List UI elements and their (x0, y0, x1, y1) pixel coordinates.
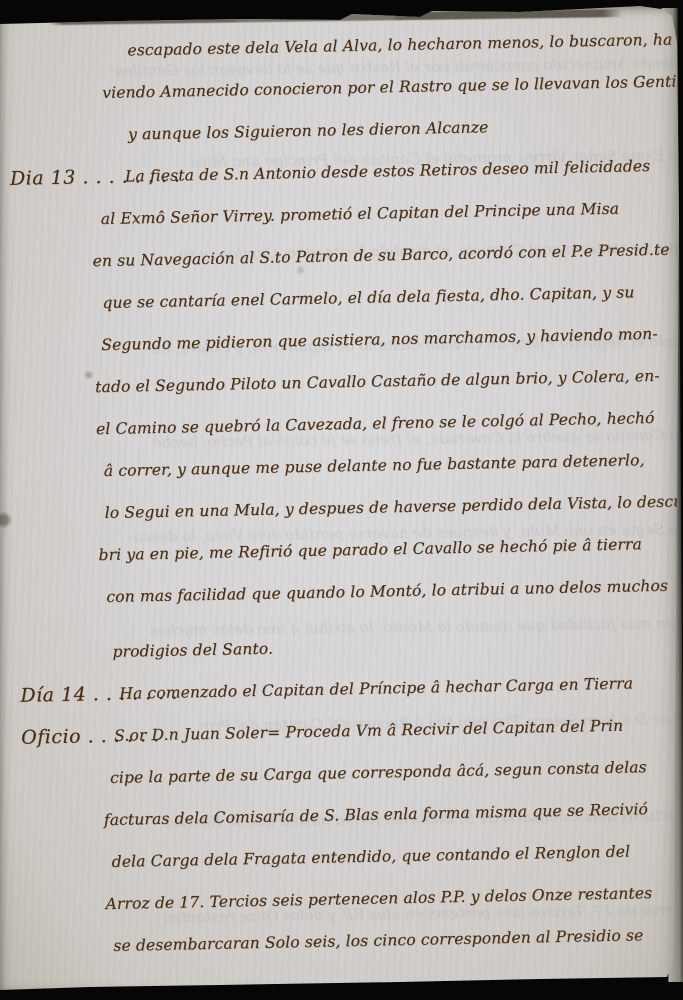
line-text: prodigios del Santo. (112, 640, 273, 661)
margin-note-dia-13: Dia 13 . . . . . . . . (10, 154, 181, 199)
line-text: bri ya en pie, me Refirió que parado el … (98, 535, 642, 564)
line-text: tado el Segundo Piloto un Cavallo Castañ… (95, 367, 660, 396)
manuscript-page: viendo Amanecido conocieron por el Rastr… (0, 0, 683, 1000)
margin-note-dia-14: Día 14 . . . . . . . (20, 672, 178, 717)
line-text: se desembarcaran Solo seis, los cinco co… (113, 926, 643, 955)
line-text: Segundo me pidieron que asistiera, nos m… (101, 325, 658, 354)
manuscript-text-block: escapado este dela Vela al Alva, lo hech… (0, 18, 683, 968)
line-text: en su Navegación al S.to Patron de su Ba… (92, 241, 669, 271)
line-text: cipe la parte de su Carga que correspond… (110, 758, 647, 787)
line-text: que se cantaría enel Carmelo, el día del… (102, 283, 634, 312)
line-text: S.or D.n Juan Soler= Proceda Vm â Recivi… (114, 717, 623, 745)
line-text: facturas dela Comisaría de S. Blas enla … (104, 800, 648, 829)
line-text: La fiesta de S.n Antonio desde estos Ret… (125, 157, 651, 186)
photograph-background: viendo Amanecido conocieron por el Rastr… (0, 0, 683, 1000)
line-text: Arroz de 17. Tercios seis pertenecen alo… (105, 884, 652, 913)
line-text: el Camino se quebró la Cavezada, el fren… (96, 409, 655, 438)
line-text: escapado este dela Vela al Alva, lo hech… (127, 31, 672, 60)
line-text: al Exmô Señor Virrey. prometió el Capita… (101, 200, 620, 228)
line-text: viendo Amanecido conocieron por el Rastr… (102, 72, 683, 102)
line-text: con mas facilidad que quando lo Montó, l… (106, 577, 668, 606)
margin-note-oficio: Oficio . . . . . . (21, 714, 160, 759)
line-text: Ha comenzado el Capitan del Príncipe â h… (119, 674, 633, 702)
line-text: â correr, y aunque me puse delante no fu… (104, 451, 645, 480)
line-text: dela Carga dela Fragata entendido, que c… (111, 843, 630, 871)
line-text: y aunque los Siguieron no les dieron Alc… (128, 118, 489, 143)
line-text: lo Segui en una Mula, y despues de haver… (104, 492, 683, 522)
